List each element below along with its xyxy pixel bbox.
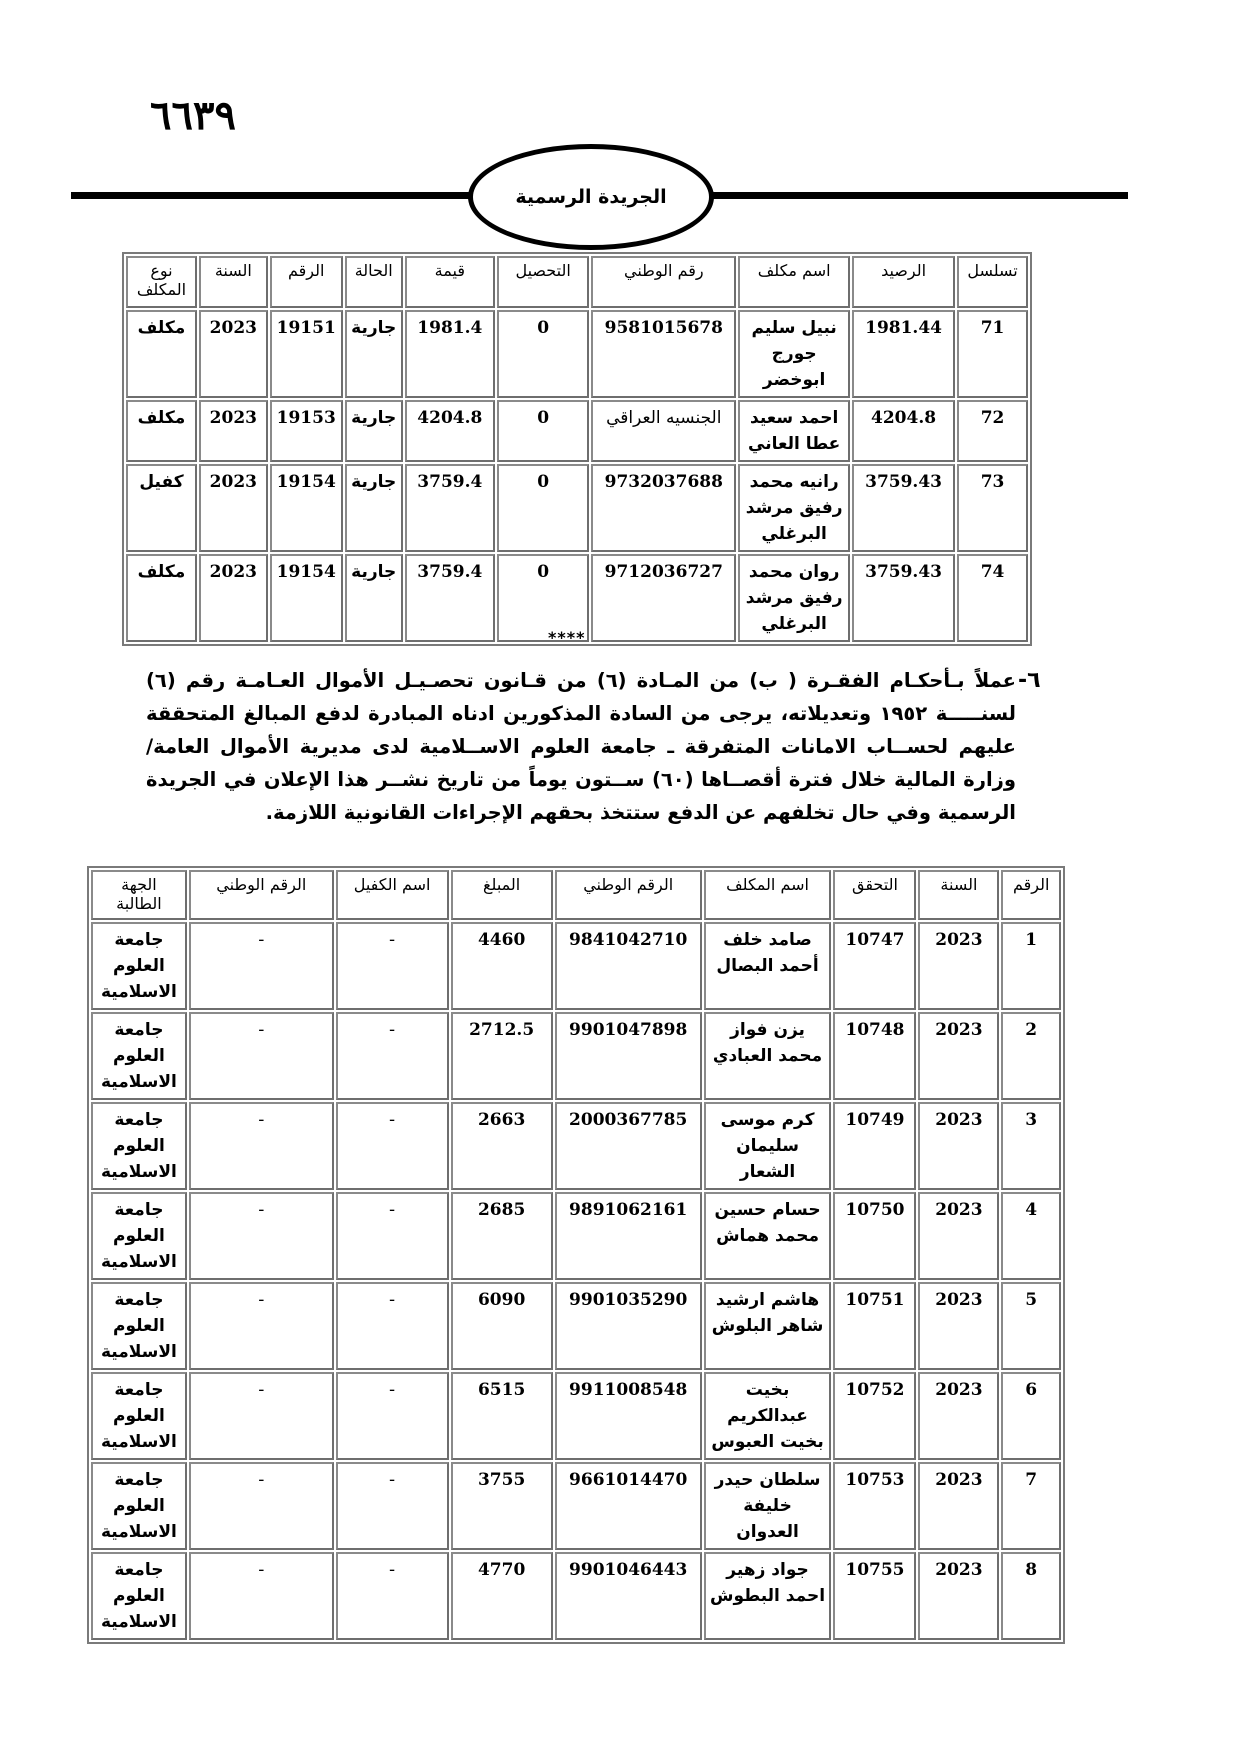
year: 2023	[918, 1102, 999, 1190]
taxpayer-type: مكلف	[126, 554, 197, 642]
gazette-title: الجريدة الرسمية	[515, 186, 666, 208]
value: 4204.8	[405, 400, 495, 462]
col-national-id: الرقم الوطني	[555, 870, 702, 920]
balance: 4204.8	[852, 400, 955, 462]
col-number: الرقم	[270, 256, 343, 308]
table-row: 72 4204.8 احمد سعيد عطا العاني الجنسيه ا…	[126, 400, 1028, 462]
header-ellipse: الجريدة الرسمية	[468, 144, 714, 250]
row-no: 8	[1001, 1552, 1061, 1640]
status: جارية	[345, 400, 403, 462]
col-requester: الجهة الطالبة	[91, 870, 187, 920]
guarantor-id: -	[189, 1462, 334, 1550]
col-year: السنة	[918, 870, 999, 920]
amount: 6515	[451, 1372, 553, 1460]
year: 2023	[918, 1012, 999, 1100]
number: 19151	[270, 310, 343, 398]
year: 2023	[199, 310, 268, 398]
ref: 10755	[833, 1552, 916, 1640]
ref: 10749	[833, 1102, 916, 1190]
status: جارية	[345, 310, 403, 398]
guarantor-id: -	[189, 1102, 334, 1190]
serial: 74	[957, 554, 1028, 642]
amount: 3755	[451, 1462, 553, 1550]
serial: 72	[957, 400, 1028, 462]
guarantor: -	[336, 1192, 449, 1280]
taxpayer-name: بخيت عبدالكريم بخيت العبوس	[704, 1372, 832, 1460]
row-no: 2	[1001, 1012, 1061, 1100]
year: 2023	[918, 1552, 999, 1640]
table-row: 3 2023 10749 كرم موسى سليمان الشعار 2000…	[91, 1102, 1061, 1190]
year: 2023	[199, 464, 268, 552]
section-separator: ****	[548, 628, 585, 647]
number: 19154	[270, 554, 343, 642]
col-value: قيمة	[405, 256, 495, 308]
guarantor: -	[336, 1552, 449, 1640]
debtors-table-2: الرقم السنة التحقق اسم المكلف الرقم الوط…	[87, 866, 1065, 1644]
row-no: 3	[1001, 1102, 1061, 1190]
taxpayer-name: هاشم ارشيد شاهر البلوش	[704, 1282, 832, 1370]
taxpayer-name: يزن فواز محمد العبادي	[704, 1012, 832, 1100]
ref: 10750	[833, 1192, 916, 1280]
taxpayer-name: حسام حسين محمد هماش	[704, 1192, 832, 1280]
table-row: 8 2023 10755 جواد زهير احمد البطوش 99010…	[91, 1552, 1061, 1640]
col-type: نوع المكلف	[126, 256, 197, 308]
taxpayer-name: روان محمد رفيق مرشد البرغلي	[738, 554, 850, 642]
taxpayer-name: صامد خلف أحمد البصال	[704, 922, 832, 1010]
ref: 10752	[833, 1372, 916, 1460]
requester: جامعة العلوم الاسلامية	[91, 1372, 187, 1460]
guarantor: -	[336, 1102, 449, 1190]
amount: 2712.5	[451, 1012, 553, 1100]
debtors-table-1: تسلسل الرصيد اسم مكلف رقم الوطني التحصيل…	[122, 252, 1032, 646]
taxpayer-name: احمد سعيد عطا العاني	[738, 400, 850, 462]
status: جارية	[345, 554, 403, 642]
taxpayer-name: رانيه محمد رفيق مرشد البرغلي	[738, 464, 850, 552]
guarantor: -	[336, 1462, 449, 1550]
guarantor: -	[336, 1372, 449, 1460]
table-row: 2 2023 10748 يزن فواز محمد العبادي 99010…	[91, 1012, 1061, 1100]
table-row: 73 3759.43 رانيه محمد رفيق مرشد البرغلي …	[126, 464, 1028, 552]
col-ref: التحقق	[833, 870, 916, 920]
col-name: اسم مكلف	[738, 256, 850, 308]
taxpayer-name: سلطان حيدر خليفة العدوان	[704, 1462, 832, 1550]
table2-header-row: الرقم السنة التحقق اسم المكلف الرقم الوط…	[91, 870, 1061, 920]
requester: جامعة العلوم الاسلامية	[91, 1282, 187, 1370]
year: 2023	[199, 554, 268, 642]
page-number: ٦٦٣٩	[150, 92, 236, 139]
guarantor-id: -	[189, 1012, 334, 1100]
year: 2023	[918, 1462, 999, 1550]
guarantor: -	[336, 922, 449, 1010]
col-guarantor-id: الرقم الوطني	[189, 870, 334, 920]
guarantor-id: -	[189, 922, 334, 1010]
serial: 71	[957, 310, 1028, 398]
table-row: 5 2023 10751 هاشم ارشيد شاهر البلوش 9901…	[91, 1282, 1061, 1370]
requester: جامعة العلوم الاسلامية	[91, 1462, 187, 1550]
ref: 10748	[833, 1012, 916, 1100]
balance: 3759.43	[852, 464, 955, 552]
guarantor-id: -	[189, 1552, 334, 1640]
requester: جامعة العلوم الاسلامية	[91, 1102, 187, 1190]
col-no: الرقم	[1001, 870, 1061, 920]
ref: 10747	[833, 922, 916, 1010]
national-id: 9901046443	[555, 1552, 702, 1640]
col-year: السنة	[199, 256, 268, 308]
year: 2023	[918, 1372, 999, 1460]
year: 2023	[918, 1192, 999, 1280]
guarantor: -	[336, 1012, 449, 1100]
national-id: 9581015678	[591, 310, 736, 398]
requester: جامعة العلوم الاسلامية	[91, 922, 187, 1010]
col-amount: المبلغ	[451, 870, 553, 920]
notice-index: ٦-	[1018, 664, 1041, 697]
row-no: 1	[1001, 922, 1061, 1010]
balance: 1981.44	[852, 310, 955, 398]
col-national-id: رقم الوطني	[591, 256, 736, 308]
guarantor-id: -	[189, 1282, 334, 1370]
balance: 3759.43	[852, 554, 955, 642]
col-guarantor: اسم الكفيل	[336, 870, 449, 920]
row-no: 6	[1001, 1372, 1061, 1460]
notice-paragraph: عملاً بـأحكـام الفقـرة ( ب) من المـادة (…	[146, 664, 1016, 829]
col-status: الحالة	[345, 256, 403, 308]
amount: 2685	[451, 1192, 553, 1280]
taxpayer-type: مكلف	[126, 310, 197, 398]
col-name: اسم المكلف	[704, 870, 832, 920]
taxpayer-name: جواد زهير احمد البطوش	[704, 1552, 832, 1640]
table-row: 71 1981.44 نبيل سليم جورج ابوخضر 9581015…	[126, 310, 1028, 398]
number: 19154	[270, 464, 343, 552]
year: 2023	[918, 1282, 999, 1370]
value: 3759.4	[405, 464, 495, 552]
national-id: 9732037688	[591, 464, 736, 552]
national-id: 9911008548	[555, 1372, 702, 1460]
collection: 0	[497, 464, 589, 552]
guarantor: -	[336, 1282, 449, 1370]
national-id: 9901047898	[555, 1012, 702, 1100]
table-row: 4 2023 10750 حسام حسين محمد هماش 9891062…	[91, 1192, 1061, 1280]
table-row: 1 2023 10747 صامد خلف أحمد البصال 984104…	[91, 922, 1061, 1010]
taxpayer-type: كفيل	[126, 464, 197, 552]
guarantor-id: -	[189, 1372, 334, 1460]
value: 1981.4	[405, 310, 495, 398]
number: 19153	[270, 400, 343, 462]
value: 3759.4	[405, 554, 495, 642]
row-no: 5	[1001, 1282, 1061, 1370]
serial: 73	[957, 464, 1028, 552]
national-id: 9901035290	[555, 1282, 702, 1370]
year: 2023	[918, 922, 999, 1010]
amount: 6090	[451, 1282, 553, 1370]
amount: 4770	[451, 1552, 553, 1640]
amount: 4460	[451, 922, 553, 1010]
requester: جامعة العلوم الاسلامية	[91, 1552, 187, 1640]
national-id: 9841042710	[555, 922, 702, 1010]
national-id: 9891062161	[555, 1192, 702, 1280]
col-balance: الرصيد	[852, 256, 955, 308]
collection: 0	[497, 310, 589, 398]
taxpayer-type: مكلف	[126, 400, 197, 462]
taxpayer-name: نبيل سليم جورج ابوخضر	[738, 310, 850, 398]
table1-header-row: تسلسل الرصيد اسم مكلف رقم الوطني التحصيل…	[126, 256, 1028, 308]
requester: جامعة العلوم الاسلامية	[91, 1192, 187, 1280]
col-collection: التحصيل	[497, 256, 589, 308]
row-no: 4	[1001, 1192, 1061, 1280]
collection: 0	[497, 400, 589, 462]
requester: جامعة العلوم الاسلامية	[91, 1012, 187, 1100]
table-row: 6 2023 10752 بخيت عبدالكريم بخيت العبوس …	[91, 1372, 1061, 1460]
col-serial: تسلسل	[957, 256, 1028, 308]
ref: 10753	[833, 1462, 916, 1550]
table-row: 7 2023 10753 سلطان حيدر خليفة العدوان 96…	[91, 1462, 1061, 1550]
status: جارية	[345, 464, 403, 552]
year: 2023	[199, 400, 268, 462]
row-no: 7	[1001, 1462, 1061, 1550]
national-id: الجنسيه العراقي	[591, 400, 736, 462]
national-id: 9661014470	[555, 1462, 702, 1550]
national-id: 9712036727	[591, 554, 736, 642]
ref: 10751	[833, 1282, 916, 1370]
amount: 2663	[451, 1102, 553, 1190]
guarantor-id: -	[189, 1192, 334, 1280]
national-id: 2000367785	[555, 1102, 702, 1190]
taxpayer-name: كرم موسى سليمان الشعار	[704, 1102, 832, 1190]
